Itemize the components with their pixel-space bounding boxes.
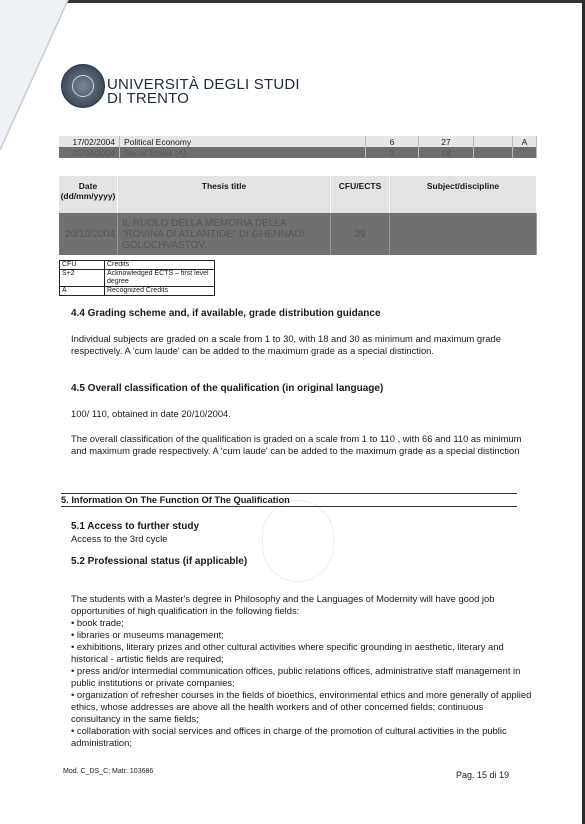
table-row: 05/04/2004 Social Ethics (A) 3 18 <box>59 147 537 158</box>
abbreviations-legend: CFUCredits S+2Acknowledged ECTS – first … <box>59 260 215 296</box>
university-name: UNIVERSITÀ DEGLI STUDI DI TRENTO <box>107 78 300 106</box>
list-item: • libraries or museums management; <box>71 629 533 641</box>
scan-top-edge <box>0 0 585 3</box>
list-item: • organization of refresher courses in t… <box>71 689 533 725</box>
table-row: 17/02/2004 Political Economy 6 27 A <box>59 136 537 147</box>
section-5-2-intro: The students with a Master's degree in P… <box>71 593 533 617</box>
section-4-5-text: The overall classification of the qualif… <box>71 433 533 457</box>
list-item: • book trade; <box>71 617 533 629</box>
page-number: Pag. 15 di 19 <box>456 770 509 780</box>
overall-grade: 100/ 110, obtained in date 20/10/2004. <box>71 408 533 420</box>
list-item: • press and/or intermedial communication… <box>71 665 533 689</box>
section-5-1-text: Access to the 3rd cycle <box>71 533 533 545</box>
section-4-5-title: 4.5 Overall classification of the qualif… <box>71 383 383 394</box>
section-4-4-title: 4.4 Grading scheme and, if available, gr… <box>71 308 381 319</box>
form-identifier: Mod. C_DS_C; Matr: 103686 <box>63 768 153 775</box>
list-item: • exhibitions, literary prizes and other… <box>71 641 533 665</box>
section-5-2-title: 5.2 Professional status (if applicable) <box>71 556 247 567</box>
exams-table: 17/02/2004 Political Economy 6 27 A 05/0… <box>59 136 537 158</box>
thesis-table: Date (dd/mm/yyyy) Thesis title CFU/ECTS … <box>59 176 537 255</box>
list-item: • collaboration with social services and… <box>71 725 533 749</box>
section-4-4-text: Individual subjects are graded on a scal… <box>71 333 533 357</box>
section-5-2-body: The students with a Master's degree in P… <box>71 593 533 749</box>
legend-row: S+2Acknowledged ECTS – first level degre… <box>60 270 215 287</box>
table-row: 20/10/2004 IL RUOLO DELLA MEMORIA DELLA … <box>59 213 537 255</box>
table-header-row: Date (dd/mm/yyyy) Thesis title CFU/ECTS … <box>59 176 537 213</box>
section-5-title: 5. Information On The Function Of The Qu… <box>61 493 517 507</box>
legend-row: ARecognized Credits <box>60 287 215 296</box>
university-seal-icon <box>61 64 105 108</box>
legend-row: CFUCredits <box>60 261 215 270</box>
section-5-1-title: 5.1 Access to further study <box>71 521 199 532</box>
